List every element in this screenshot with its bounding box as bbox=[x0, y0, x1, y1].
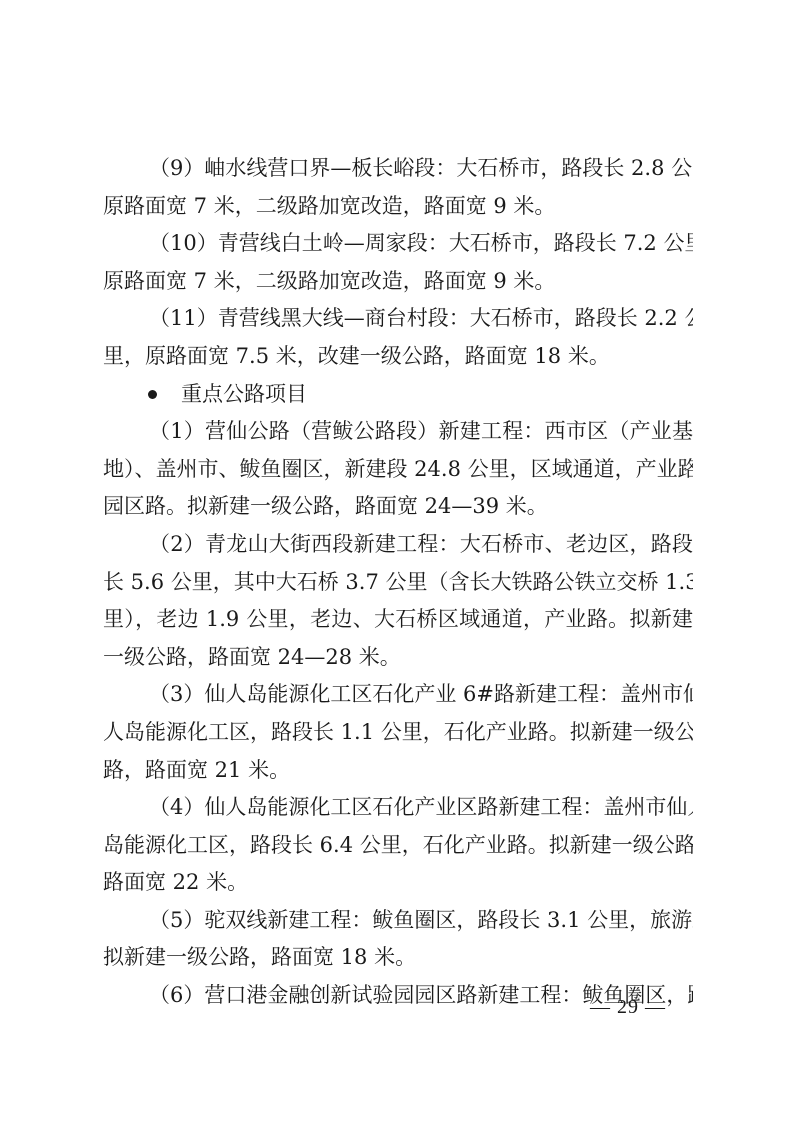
text-line: （3）仙人岛能源化工区石化产业 6#路新建工程：盖州市仙 bbox=[103, 676, 693, 714]
page-number: — 29 — bbox=[590, 996, 666, 1019]
text-line: 原路面宽 7 米，二级路加宽改造，路面宽 9 米。 bbox=[103, 188, 693, 226]
text-line: （11）青营线黑大线—商台村段：大石桥市，路段长 2.2 公 bbox=[103, 300, 693, 338]
text-line: 路，路面宽 21 米。 bbox=[103, 752, 693, 790]
text-line: 人岛能源化工区，路段长 1.1 公里，石化产业路。拟新建一级公 bbox=[103, 714, 693, 752]
text-line: （10）青营线白土岭—周家段：大石桥市，路段长 7.2 公里， bbox=[103, 225, 693, 263]
text-line: 原路面宽 7 米，二级路加宽改造，路面宽 9 米。 bbox=[103, 263, 693, 301]
text-line: （2）青龙山大街西段新建工程：大石桥市、老边区，路段 bbox=[103, 526, 693, 564]
section-bullet-heading: 重点公路项目 bbox=[103, 376, 693, 414]
section-bullet-label: 重点公路项目 bbox=[181, 376, 307, 414]
text-line: 长 5.6 公里，其中大石桥 3.7 公里（含长大铁路公铁立交桥 1.3 公 bbox=[103, 564, 693, 602]
text-line: （4）仙人岛能源化工区石化产业区路新建工程：盖州市仙人 bbox=[103, 789, 693, 827]
text-line: 拟新建一级公路，路面宽 18 米。 bbox=[103, 939, 693, 977]
document-page: （9）岫水线营口界—板长峪段：大石桥市，路段长 2.8 公里， 原路面宽 7 米… bbox=[0, 0, 793, 1122]
text-line: 园区路。拟新建一级公路，路面宽 24—39 米。 bbox=[103, 488, 693, 526]
text-line: 里），老边 1.9 公里，老边、大石桥区域通道，产业路。拟新建 bbox=[103, 601, 693, 639]
text-line: （9）岫水线营口界—板长峪段：大石桥市，路段长 2.8 公里， bbox=[103, 150, 693, 188]
body-text: （9）岫水线营口界—板长峪段：大石桥市，路段长 2.8 公里， 原路面宽 7 米… bbox=[103, 150, 693, 1015]
text-line: 岛能源化工区，路段长 6.4 公里，石化产业路。拟新建一级公路， bbox=[103, 827, 693, 865]
text-line: 里，原路面宽 7.5 米，改建一级公路，路面宽 18 米。 bbox=[103, 338, 693, 376]
text-line: 一级公路，路面宽 24—28 米。 bbox=[103, 639, 693, 677]
text-line: （1）营仙公路（营鲅公路段）新建工程：西市区（产业基 bbox=[103, 413, 693, 451]
bullet-icon bbox=[148, 390, 157, 399]
text-line: 路面宽 22 米。 bbox=[103, 864, 693, 902]
text-line: 地）、盖州市、鲅鱼圈区，新建段 24.8 公里，区域通道，产业路、 bbox=[103, 451, 693, 489]
text-line: （5）驼双线新建工程：鲅鱼圈区，路段长 3.1 公里，旅游路。 bbox=[103, 902, 693, 940]
